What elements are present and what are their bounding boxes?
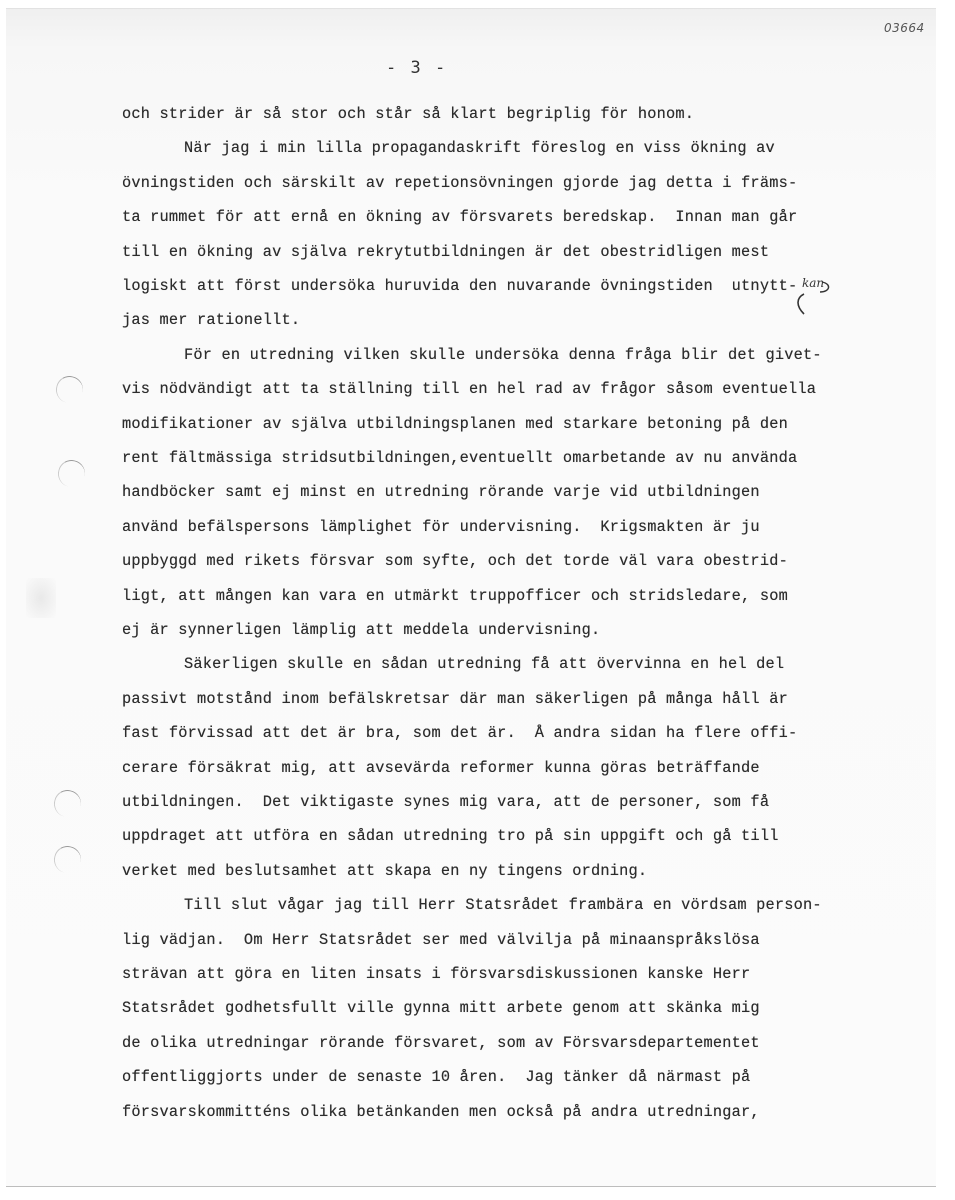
text-line: ligt, att mången kan vara en utmärkt tru… (122, 587, 788, 605)
text-line: försvarskommitténs olika betänkanden men… (122, 1103, 760, 1121)
text-line: lig vädjan. Om Herr Statsrådet ser med v… (122, 931, 760, 949)
text-line: För en utredning vilken skulle undersöka… (184, 346, 822, 364)
text-line: offentliggjorts under de senaste 10 åren… (122, 1068, 750, 1086)
text-line: till en ökning av själva rekrytutbildnin… (122, 243, 769, 261)
document-page: 03664 - 3 - och strider är så stor och s… (6, 8, 936, 1187)
text-line: cerare försäkrat mig, att avsevärda refo… (122, 759, 760, 777)
text-line: modifikationer av själva utbildningsplan… (122, 415, 788, 433)
text-line: När jag i min lilla propagandaskrift för… (184, 139, 775, 157)
text-line: och strider är så stor och står så klart… (122, 105, 694, 123)
text-line: ej är synnerligen lämplig att meddela un… (122, 621, 600, 639)
text-line: rent fältmässiga stridsutbildningen,even… (122, 449, 797, 467)
text-line: fast förvissad att det är bra, som det ä… (122, 724, 797, 742)
text-line: uppbyggd med rikets försvar som syfte, o… (122, 552, 788, 570)
text-line: uppdraget att utföra en sådan utredning … (122, 827, 779, 845)
text-line: logiskt att först undersöka huruvida den… (122, 277, 797, 295)
page-number: - 3 - (386, 58, 447, 78)
text-line: Till slut vågar jag till Herr Statsrådet… (184, 896, 822, 914)
text-line: Statsrådet godhetsfullt ville gynna mitt… (122, 999, 760, 1017)
punch-hole-mark (51, 843, 84, 876)
punch-hole-mark (55, 457, 88, 490)
text-line: övningstiden och särskilt av repetionsöv… (122, 174, 797, 192)
text-line: använd befälspersons lämplighet för unde… (122, 518, 760, 536)
text-line: ta rummet för att ernå en ökning av förs… (122, 208, 797, 226)
text-line: utbildningen. Det viktigaste synes mig v… (122, 793, 769, 811)
text-line: passivt motstånd inom befälskretsar där … (122, 690, 788, 708)
paper-smudge (26, 578, 56, 618)
punch-hole-mark (51, 787, 84, 820)
text-line: Säkerligen skulle en sådan utredning få … (184, 655, 784, 673)
text-line: verket med beslutsamhet att skapa en ny … (122, 862, 647, 880)
text-line: de olika utredningar rörande försvaret, … (122, 1034, 760, 1052)
text-line: strävan att göra en liten insats i försv… (122, 965, 750, 983)
archive-number: 03664 (884, 21, 925, 35)
insertion-mark-icon (792, 280, 832, 316)
text-line: handböcker samt ej minst en utredning rö… (122, 483, 760, 501)
punch-hole-mark (53, 373, 86, 406)
text-line: vis nödvändigt att ta ställning till en … (122, 380, 816, 398)
text-line: jas mer rationellt. (122, 311, 300, 329)
